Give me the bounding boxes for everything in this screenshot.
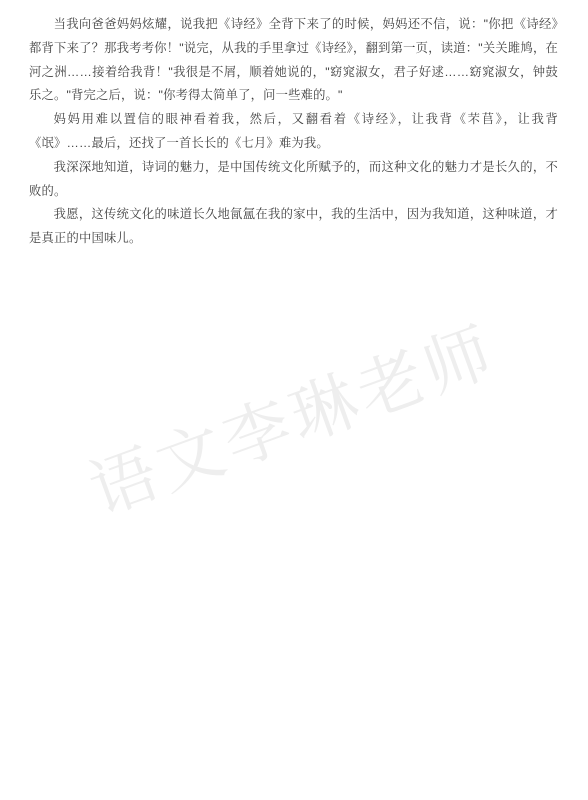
essay-paragraph-4: 我愿，这传统文化的味道长久地氤氲在我的家中，我的生活中，因为我知道，这种味道，才…: [29, 203, 558, 251]
document-page: 语文李琳老师 当我向爸爸妈妈炫耀，说我把《诗经》全背下来了的时候，妈妈还不信，说…: [0, 0, 588, 800]
watermark: 语文李琳老师: [75, 298, 508, 533]
essay-paragraph-2: 妈妈用难以置信的眼神看着我，然后，又翻看着《诗经》，让我背《芣苢》，让我背《氓》…: [29, 108, 558, 156]
essay-paragraph-1: 当我向爸爸妈妈炫耀，说我把《诗经》全背下来了的时候，妈妈还不信，说："你把《诗经…: [29, 13, 558, 108]
essay-paragraph-3: 我深深地知道，诗词的魅力，是中国传统文化所赋予的，而这种文化的魅力才是长久的，不…: [29, 156, 558, 204]
essay-body: 当我向爸爸妈妈炫耀，说我把《诗经》全背下来了的时候，妈妈还不信，说："你把《诗经…: [0, 0, 588, 251]
